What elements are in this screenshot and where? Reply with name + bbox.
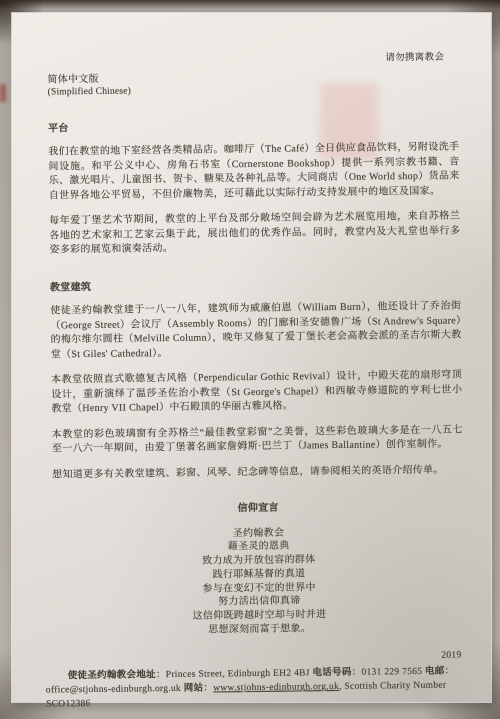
- paragraph-gothic-style: 本教堂依照直式歌德复古风格（Perpendicular Gothic Reviv…: [51, 368, 463, 417]
- paragraph-more-info: 想知道更多有关教堂建筑、彩窗、风琴、纪念碑等信息，请参阅相关的英语介绍传单。: [52, 463, 463, 483]
- red-smudge-mark: [0, 84, 6, 102]
- paper-sheet: 请勿携离教会 简体中文版 (Simplified Chinese) 平台 我们在…: [12, 13, 491, 702]
- paragraph-architect: 使徒圣约翰教堂建于一八一八年，建筑师为威廉伯恩（William Burn），他还…: [50, 299, 462, 362]
- paragraph-terrace-shops: 我们在教堂的地下室经营各类精品店。咖啡厅（The Café）全日供应食品饮料，另…: [48, 140, 460, 203]
- paragraph-terrace-festival: 每年爱丁堡艺术节期间，教堂的上平台及部分敞场空间会辟为艺术展览用地，来自苏格兰各…: [49, 209, 461, 258]
- photo-of-document: { "page": { "do_not_remove": "请勿携离教会", "…: [0, 0, 500, 719]
- footer-email-label: 电邮: [425, 667, 445, 677]
- footer-contact: 使徒圣约翰教会地址：Princes Street, Edinburgh EH2 …: [46, 665, 466, 712]
- footer-colon: ：: [203, 684, 213, 694]
- section-heading-terrace: 平台: [48, 117, 459, 137]
- document-content: 请勿携离教会 简体中文版 (Simplified Chinese) 平台 我们在…: [9, 10, 496, 705]
- footer-website-url: www.stjohns-edinburgh.org.uk: [213, 682, 339, 694]
- faith-statement-block: 信仰宣言 圣约翰教会 藉圣灵的恩典 致力成为开放包容的群体 践行耶稣基督的真道 …: [53, 499, 466, 639]
- language-version-block: 简体中文版 (Simplified Chinese): [47, 69, 458, 99]
- footer-address-label: 使徒圣约翰教会地址: [68, 671, 156, 682]
- footer-phone-label: 电话号码: [312, 668, 351, 678]
- footer-address-value: ：Princes Street, Edinburgh EH2 4BJ: [156, 669, 313, 681]
- footer-website-label: 网站: [184, 684, 204, 694]
- paragraph-stained-glass: 本教堂的彩色玻璃窗有全苏格兰“最佳教堂彩窗”之美誉，这些彩色玻璃大多是在一八五七…: [52, 423, 463, 457]
- footer-phone-value: ：0131 229 7565: [352, 667, 425, 678]
- section-heading-architecture: 教堂建筑: [50, 276, 461, 296]
- do-not-remove-note: 请勿携离教会: [47, 51, 444, 70]
- faith-heading: 信仰宣言: [53, 499, 464, 519]
